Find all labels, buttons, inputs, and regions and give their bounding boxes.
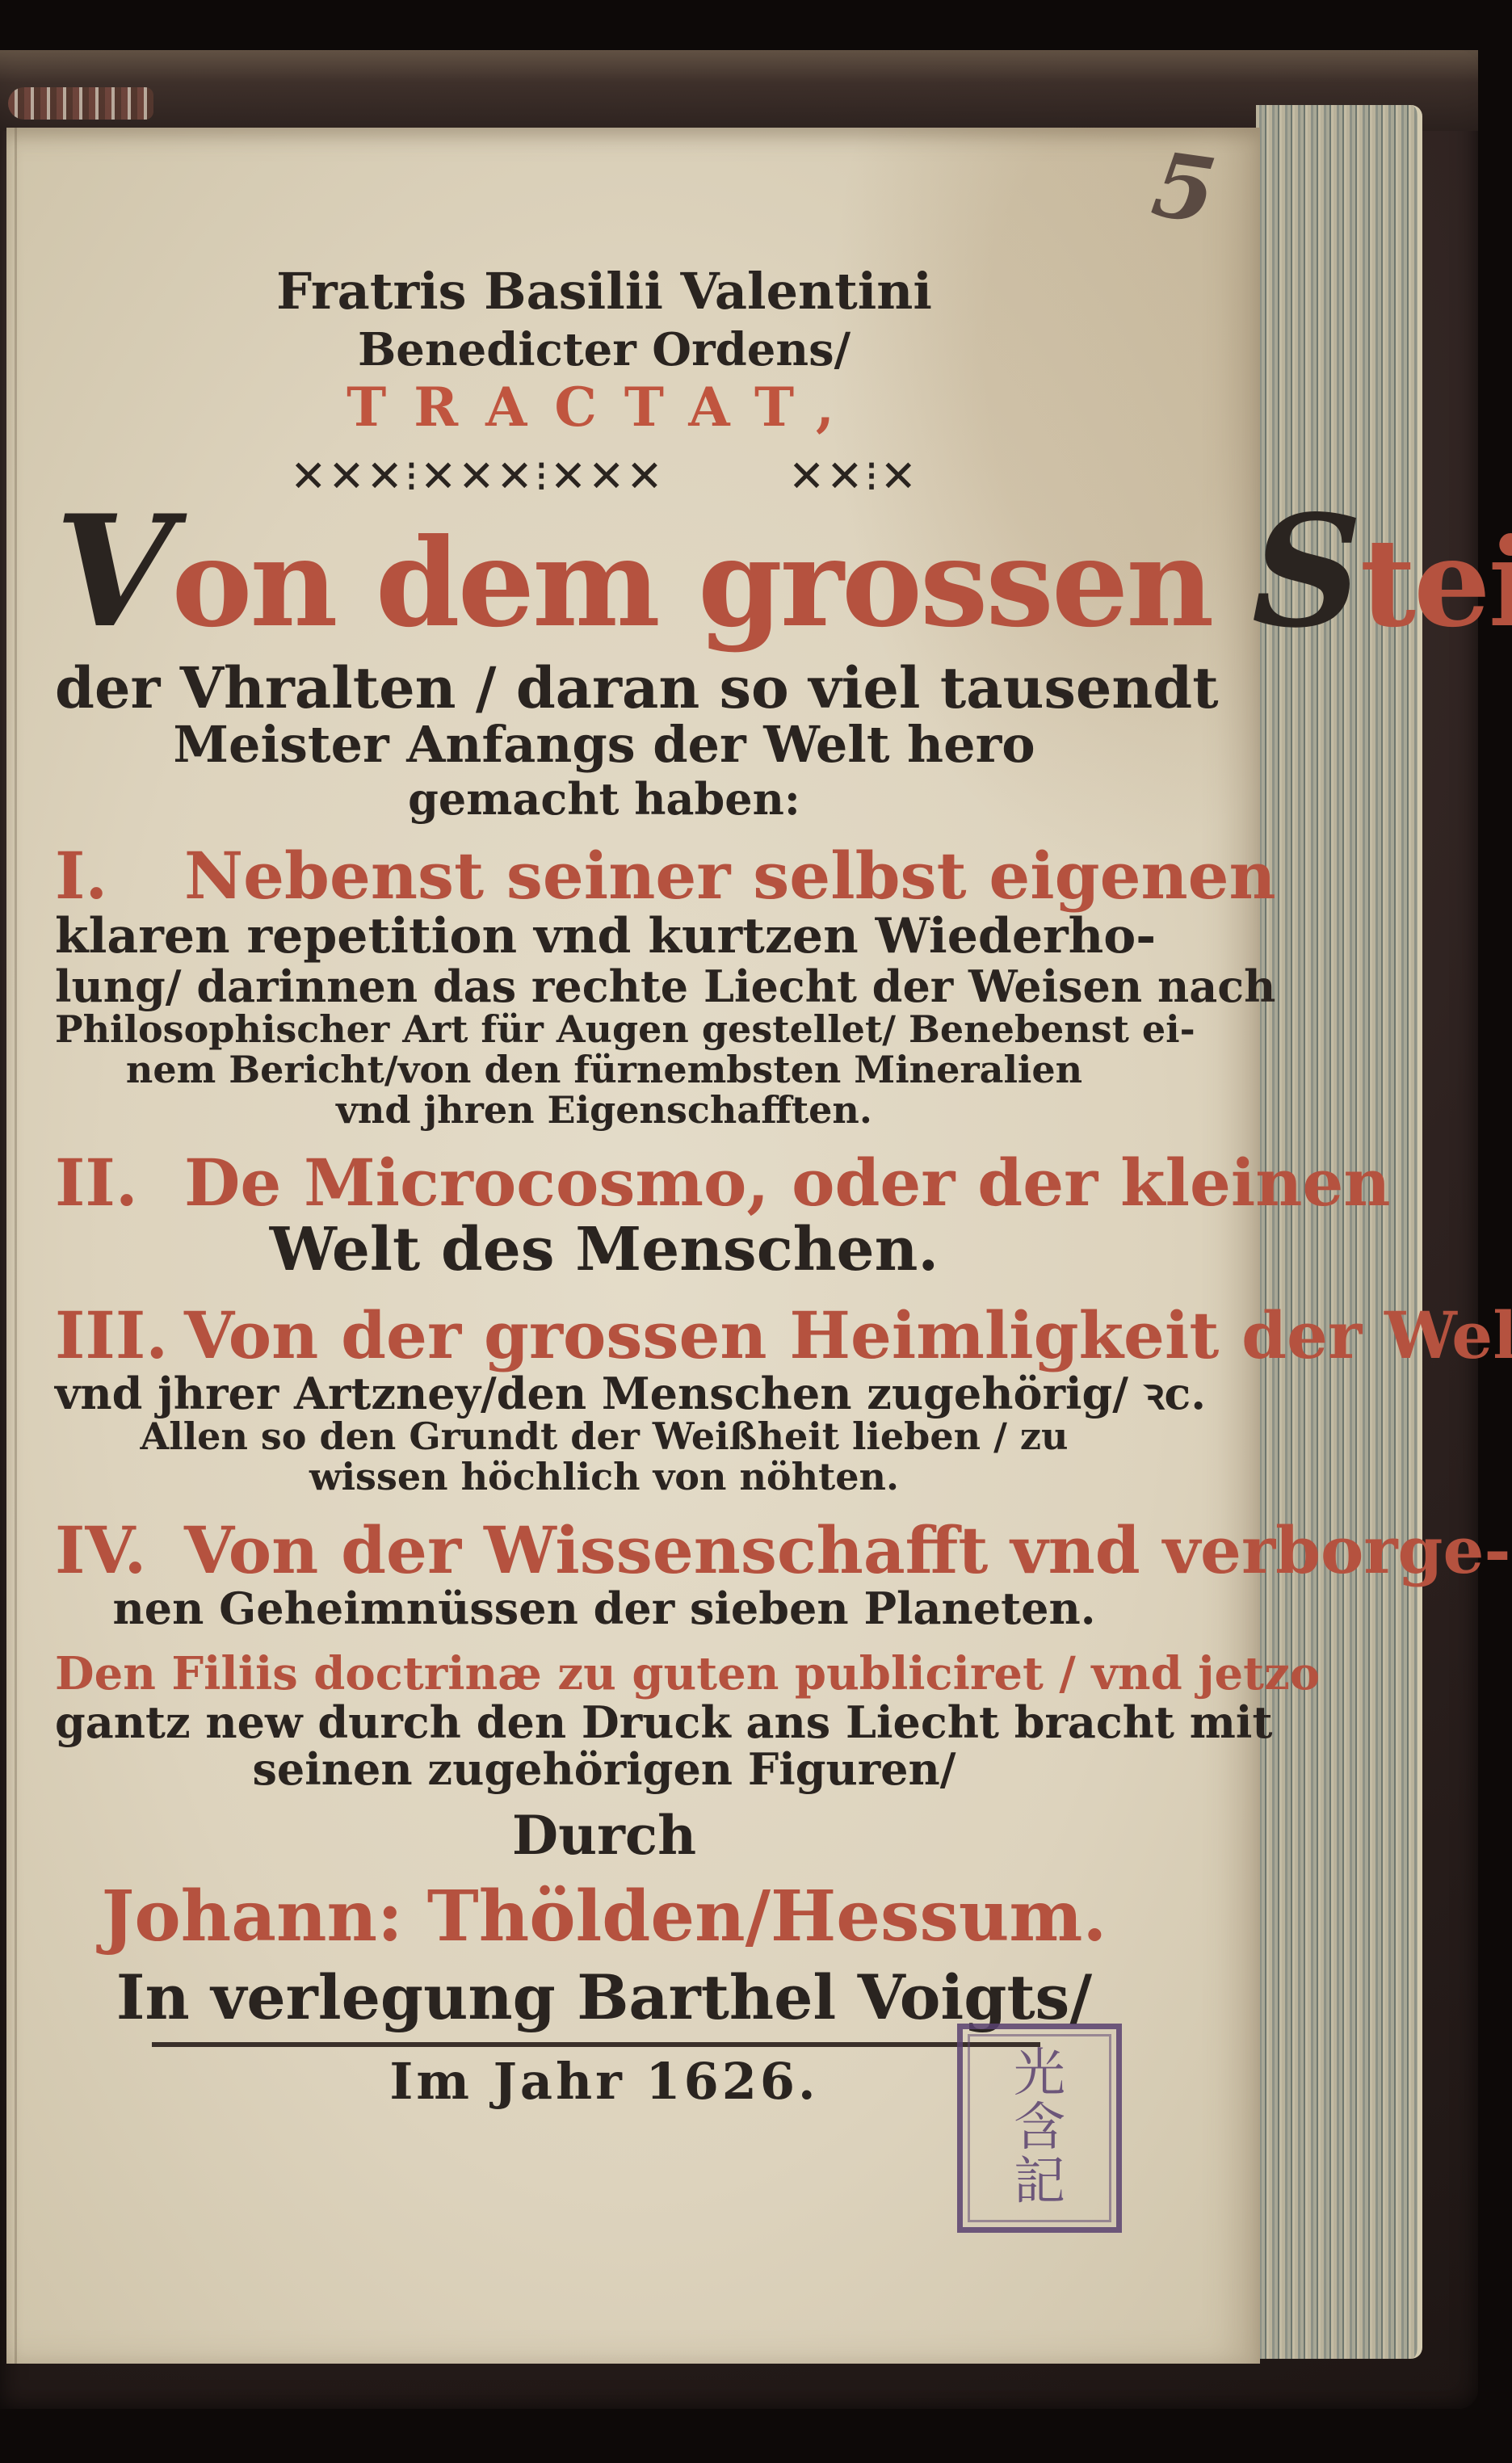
horizontal-rule <box>152 2042 1040 2047</box>
subtitle-line-2: Meister Anfangs der Welt hero <box>55 718 1153 772</box>
section-2-number: II. <box>55 1148 184 1217</box>
section-1-body-4: nem Bericht/von den fürnembsten Minerali… <box>55 1050 1153 1091</box>
main-title: Von dem grossen Stein <box>55 489 1153 654</box>
section-4-number: IV. <box>55 1515 184 1585</box>
stamp-char-3: 記 <box>1014 2155 1065 2209</box>
title-part2: tein <box>1360 512 1512 654</box>
publisher-line: In verlegung Barthel Voigts/ <box>55 1965 1153 2031</box>
title-initial-v: V <box>55 481 171 662</box>
library-stamp: 光 含 記 <box>957 2024 1122 2233</box>
section-1-number: I. <box>55 841 184 910</box>
section-3-body-1: vnd jhrer Artzney/den Menschen zugehörig… <box>55 1370 1153 1417</box>
section-1-body-3: Philosophischer Art für Augen gestellet/… <box>55 1010 1153 1050</box>
gutter-line <box>15 128 17 2364</box>
headband <box>8 87 153 120</box>
author-line: Fratris Basilii Valentini <box>55 265 1153 319</box>
section-4-body-1: nen Geheimnüssen der sieben Planeten. <box>55 1585 1153 1632</box>
section-1-body-2: lung/ darinnen das rechte Liecht der Wei… <box>55 963 1153 1010</box>
stamp-char-1: 光 <box>1014 2047 1065 2101</box>
section-3-title: Von der grossen Heimligkeit der Welt/ <box>184 1297 1512 1373</box>
order-line: Benedicter Ordens/ <box>55 326 1153 374</box>
title-page-content: Fratris Basilii Valentini Benedicter Ord… <box>55 208 1153 2109</box>
title-part1: on dem grossen <box>171 512 1212 654</box>
section-3-number: III. <box>55 1301 184 1370</box>
publication-line-1: gantz new durch den Druck ans Liecht bra… <box>55 1699 1153 1746</box>
publication-line-2: seinen zugehörigen Figuren/ <box>55 1746 1153 1793</box>
section-2-body-1: Welt des Menschen. <box>55 1218 1153 1283</box>
subtitle-line-1: der Vhralten / daran so viel tausendt <box>55 658 1153 719</box>
section-2-heading: II.De Microcosmo, oder der kleinen <box>55 1148 1153 1217</box>
section-3-body-2: Allen so den Grundt der Weißheit lieben … <box>55 1417 1153 1457</box>
section-3-body-3: wissen höchlich von nöhten. <box>55 1457 1153 1498</box>
folio-number: 5 <box>1146 132 1222 243</box>
tractat-heading: TRACTAT, <box>55 379 1153 436</box>
section-4-heading: IV.Von der Wissenschafft vnd verborge- <box>55 1515 1153 1585</box>
stamp-char-2: 含 <box>1014 2101 1065 2155</box>
by-line: Durch <box>55 1807 1153 1864</box>
page-edges <box>1256 105 1422 2359</box>
section-1-body-1: klaren repetition vnd kurtzen Wiederho- <box>55 910 1153 963</box>
section-2-title: De Microcosmo, oder der kleinen <box>184 1145 1390 1221</box>
title-initial-s: S <box>1252 481 1360 662</box>
section-1-title: Nebenst seiner selbst eigenen <box>184 838 1276 914</box>
section-3-heading: III.Von der grossen Heimligkeit der Welt… <box>55 1301 1153 1370</box>
subtitle-line-3: gemacht haben: <box>55 775 1153 822</box>
section-1-heading: I.Nebenst seiner selbst eigenen <box>55 841 1153 910</box>
section-1-body-5: vnd jhren Eigenschafften. <box>55 1091 1153 1131</box>
editor-name: Johann: Thölden/Hessum. <box>55 1880 1153 1955</box>
dedication-line: Den Filiis doctrinæ zu guten publiciret … <box>55 1650 1153 1698</box>
section-4-title: Von der Wissenschafft vnd verborge- <box>184 1512 1511 1588</box>
